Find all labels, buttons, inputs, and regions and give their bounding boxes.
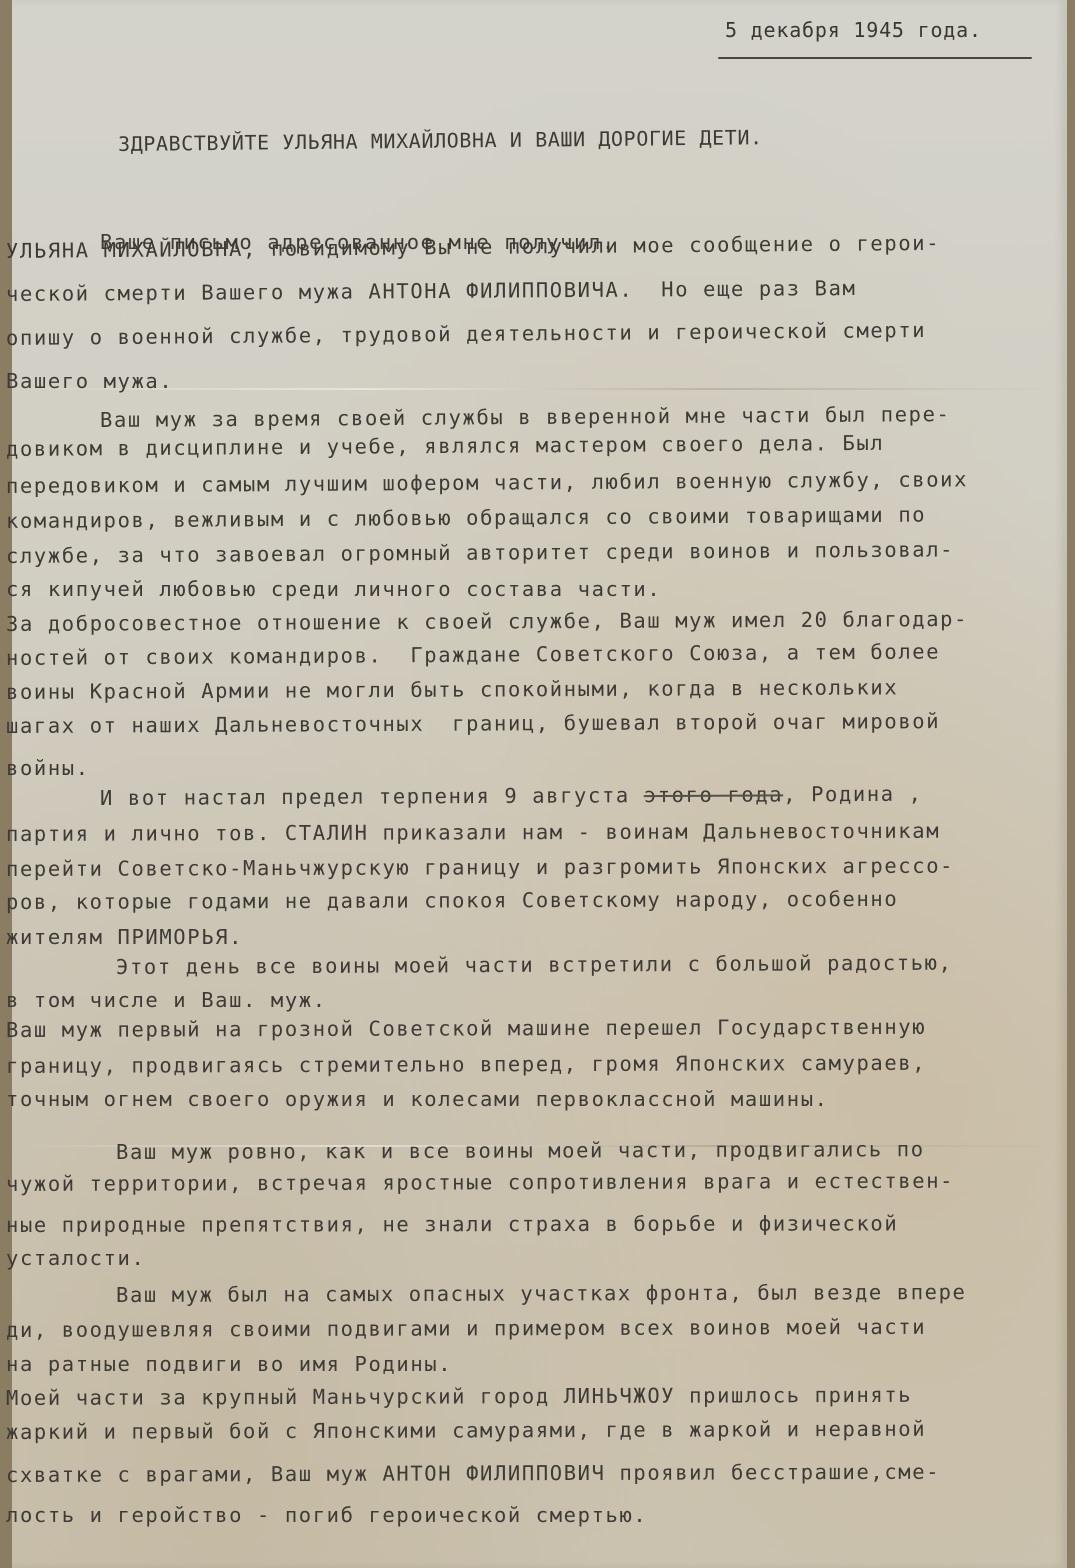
letter-date: 5 декабря 1945 года.	[725, 18, 982, 42]
body-line-strikethrough: И вот настал предел терпения 9 августа э…	[100, 782, 923, 810]
body-line: Ваш муж был на самых опасных участках фр…	[116, 1280, 967, 1307]
body-line: Этот день все воины моей части встретили…	[116, 951, 953, 979]
body-line: перейти Советско-Маньчжурскую границу и …	[6, 854, 954, 881]
body-line: Моей части за крупный Маньчурский город …	[6, 1383, 912, 1410]
body-line: шагах от наших Дальневосточных границ, б…	[6, 709, 940, 738]
body-line: ров, которые годами не давали спокоя Сов…	[6, 887, 898, 914]
body-line: ся кипучей любовью среди личного состава…	[6, 577, 661, 601]
body-line: усталости.	[6, 1246, 145, 1270]
body-line: на ратные подвиги во имя Родины.	[6, 1352, 452, 1376]
body-line: За добросовестное отношение к своей служ…	[6, 607, 968, 636]
body-line: лость и геройство - погиб героической см…	[6, 1503, 647, 1527]
body-line: Ваш муж первый на грозной Советской маши…	[6, 1015, 926, 1042]
body-line: чужой территории, встречая яростные сопр…	[6, 1169, 954, 1196]
body-line: жаркий и первый бой с Японскими самураям…	[6, 1417, 926, 1444]
body-line: схватке с врагами, Ваш муж АНТОН ФИЛИППО…	[6, 1460, 940, 1487]
body-line: ди, воодушевляя своими подвигами и приме…	[6, 1315, 926, 1342]
body-line: границу, продвигаясь стремительно вперед…	[6, 1051, 926, 1078]
struck-text: этого года	[644, 782, 784, 807]
body-line: воины Красной Армии не могли быть спокой…	[6, 675, 898, 704]
body-line: жителям ПРИМОРЬЯ.	[6, 925, 243, 949]
date-underline	[718, 57, 1032, 59]
body-line: точным огнем своего оружия и колесами пе…	[6, 1087, 829, 1111]
body-line: войны.	[6, 756, 90, 780]
body-line: Ваш муж ровно, как и все воины моей част…	[116, 1137, 925, 1164]
body-line: Вашего мужа.	[6, 369, 173, 393]
body-line: партия и лично тов. СТАЛИН приказали нам…	[6, 819, 940, 846]
body-line: в том числе и Ваш. муж.	[6, 988, 327, 1012]
body-line: ные природные препятствия, не знали стра…	[6, 1211, 898, 1237]
